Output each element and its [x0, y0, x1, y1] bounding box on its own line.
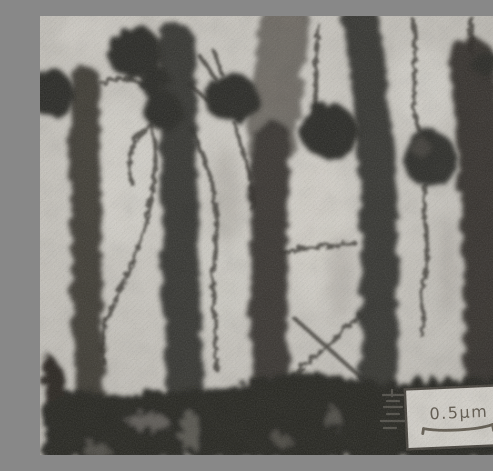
micrograph-canvas: 0.5µm	[40, 16, 493, 455]
micrograph-photo: 0.5µm	[40, 16, 493, 455]
halftone-screen	[40, 16, 493, 455]
